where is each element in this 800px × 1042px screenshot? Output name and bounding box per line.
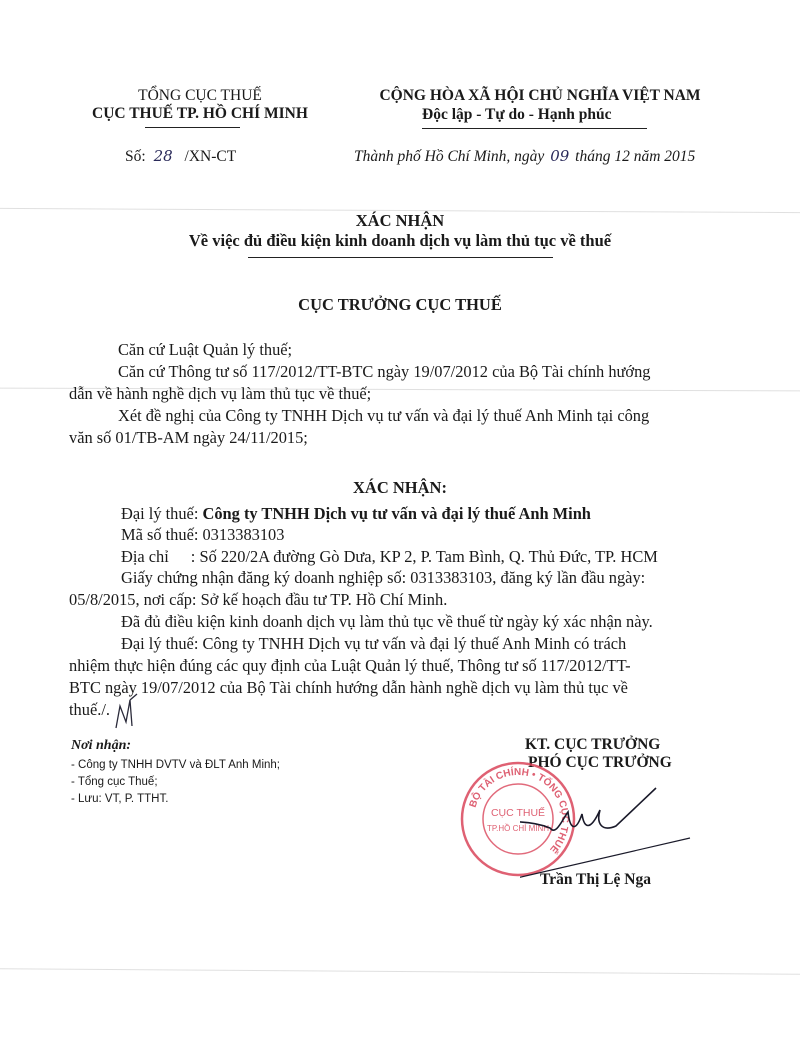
preamble-line: Căn cứ Luật Quản lý thuế; xyxy=(118,339,292,360)
number-label: Số: xyxy=(125,148,146,165)
duty-line: Đại lý thuế: Công ty TNHH Dịch vụ tư vấn… xyxy=(121,633,626,654)
agency-name: CỤC THUẾ TP. HỒ CHÍ MINH xyxy=(60,105,340,123)
signer-title-1: KT. CỤC TRƯỞNG xyxy=(525,736,660,754)
address-line: Địa chỉ: Số 220/2A đường Gò Dưa, KP 2, P… xyxy=(121,546,658,567)
recipients-heading: Nơi nhận: xyxy=(71,738,131,754)
date-day-handwritten: 09 xyxy=(550,147,569,165)
subject-underline xyxy=(248,257,553,258)
number-handwritten: 28 xyxy=(154,147,173,165)
recipient-item: - Lưu: VT, P. TTHT. xyxy=(71,791,168,808)
issuing-authority: CỤC TRƯỞNG CỤC THUẾ xyxy=(0,295,800,315)
date-prefix: Thành phố Hồ Chí Minh, ngày xyxy=(354,148,544,165)
signer-name: Trần Thị Lệ Nga xyxy=(540,871,651,889)
initials-mark-icon xyxy=(112,692,140,732)
address-value: : Số 220/2A đường Gò Dưa, KP 2, P. Tam B… xyxy=(191,547,658,566)
recipient-item: - Tổng cục Thuế; xyxy=(71,774,158,791)
agent-line: Đại lý thuế: Công ty TNHH Dịch vụ tư vấn… xyxy=(121,503,591,524)
tax-code-line: Mã số thuế: 0313383103 xyxy=(121,524,284,545)
motto-underline xyxy=(422,128,647,129)
certificate-line: Giấy chứng nhận đăng ký doanh nghiệp số:… xyxy=(121,567,645,588)
number-suffix: /XN-CT xyxy=(185,148,237,165)
duty-line: BTC ngày 19/07/2012 của Bộ Tài chính hướ… xyxy=(69,677,628,698)
document-number: Số: 28 /XN-CT xyxy=(125,147,236,166)
preamble-line: dẫn về hành nghề dịch vụ làm thủ tục về … xyxy=(69,383,371,404)
document-title: XÁC NHẬN xyxy=(0,211,800,231)
agent-label: Đại lý thuế: xyxy=(121,504,198,523)
preamble-line: văn số 01/TB-AM ngày 24/11/2015; xyxy=(69,427,308,448)
preamble-line: Xét đề nghị của Công ty TNHH Dịch vụ tư … xyxy=(118,405,649,426)
national-motto: Độc lập - Tự do - Hạnh phúc xyxy=(422,106,611,124)
eligibility-line: Đã đủ điều kiện kinh doanh dịch vụ làm t… xyxy=(121,611,653,632)
certificate-line: 05/8/2015, nơi cấp: Sở kế hoạch đầu tư T… xyxy=(69,589,447,610)
agent-name: Công ty TNHH Dịch vụ tư vấn và đại lý th… xyxy=(203,504,591,523)
paper-fold-line xyxy=(0,968,800,975)
duty-line: thuế./. xyxy=(69,699,110,720)
confirm-heading: XÁC NHẬN: xyxy=(0,478,800,498)
date-suffix: tháng 12 năm 2015 xyxy=(575,148,695,165)
duty-line: nhiệm thực hiện đúng các quy định của Lu… xyxy=(69,655,631,676)
preamble-line: Căn cứ Thông tư số 117/2012/TT-BTC ngày … xyxy=(118,361,650,382)
issue-date: Thành phố Hồ Chí Minh, ngày 09 tháng 12 … xyxy=(354,147,695,166)
agency-parent: TỔNG CỤC THUẾ xyxy=(60,87,340,105)
address-label: Địa chỉ xyxy=(121,547,169,566)
national-title: CỘNG HÒA XÃ HỘI CHỦ NGHĨA VIỆT NAM xyxy=(340,87,740,105)
recipient-item: - Công ty TNHH DVTV và ĐLT Anh Minh; xyxy=(71,757,280,774)
agency-underline xyxy=(145,127,240,128)
document-subject: Về việc đủ điều kiện kinh doanh dịch vụ … xyxy=(0,231,800,251)
